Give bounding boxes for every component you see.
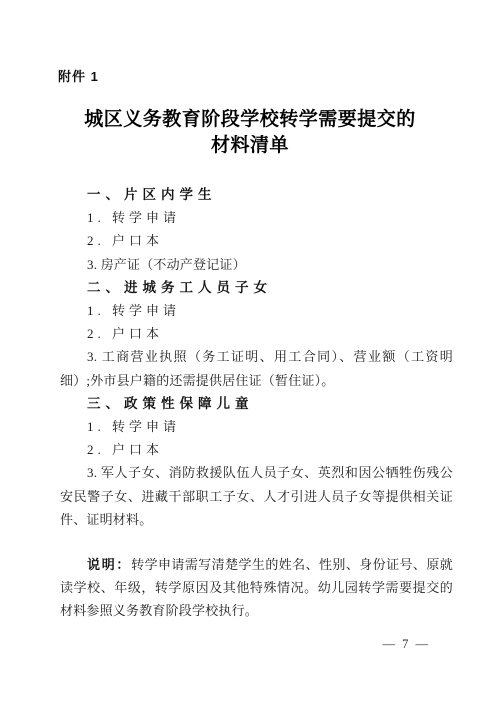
list-item: 1. 转学申请 — [60, 299, 453, 322]
list-item: 2. 户口本 — [60, 229, 453, 252]
list-item: 3. 房产证（不动产登记证） — [60, 253, 453, 276]
list-item: 3. 工商营业执照（务工证明、用工合同）、营业额（工资明细）;外市县户籍的还需提… — [60, 345, 453, 391]
note-paragraph: 说明：转学申请需写清楚学生的姓名、性别、身份证号、原就读学校、年级，转学原因及其… — [60, 553, 453, 623]
note-label: 说明： — [87, 557, 131, 572]
attachment-label: 附件 1 — [58, 66, 99, 85]
list-item: 1. 转学申请 — [60, 415, 453, 438]
list-item: 2. 户口本 — [60, 322, 453, 345]
page-title: 城区义务教育阶段学校转学需要提交的 材料清单 — [0, 107, 500, 159]
section-heading: 一、片区内学生 — [60, 183, 453, 206]
title-line-1: 城区义务教育阶段学校转学需要提交的 — [84, 109, 416, 130]
list-item: 2. 户口本 — [60, 438, 453, 461]
document-page: 附件 1 城区义务教育阶段学校转学需要提交的 材料清单 一、片区内学生1. 转学… — [0, 0, 500, 707]
section-heading: 二、进城务工人员子女 — [60, 276, 453, 299]
list-item: 3. 军人子女、消防救援队伍人员子女、英烈和因公牺牲伤残公安民警子女、进藏干部职… — [60, 461, 453, 531]
page-number: — 7 — — [383, 637, 431, 652]
section-heading: 三、政策性保障儿童 — [60, 392, 453, 415]
document-body: 一、片区内学生1. 转学申请2. 户口本3. 房产证（不动产登记证）二、进城务工… — [60, 183, 453, 531]
list-item: 1. 转学申请 — [60, 206, 453, 229]
title-line-2: 材料清单 — [211, 135, 289, 156]
